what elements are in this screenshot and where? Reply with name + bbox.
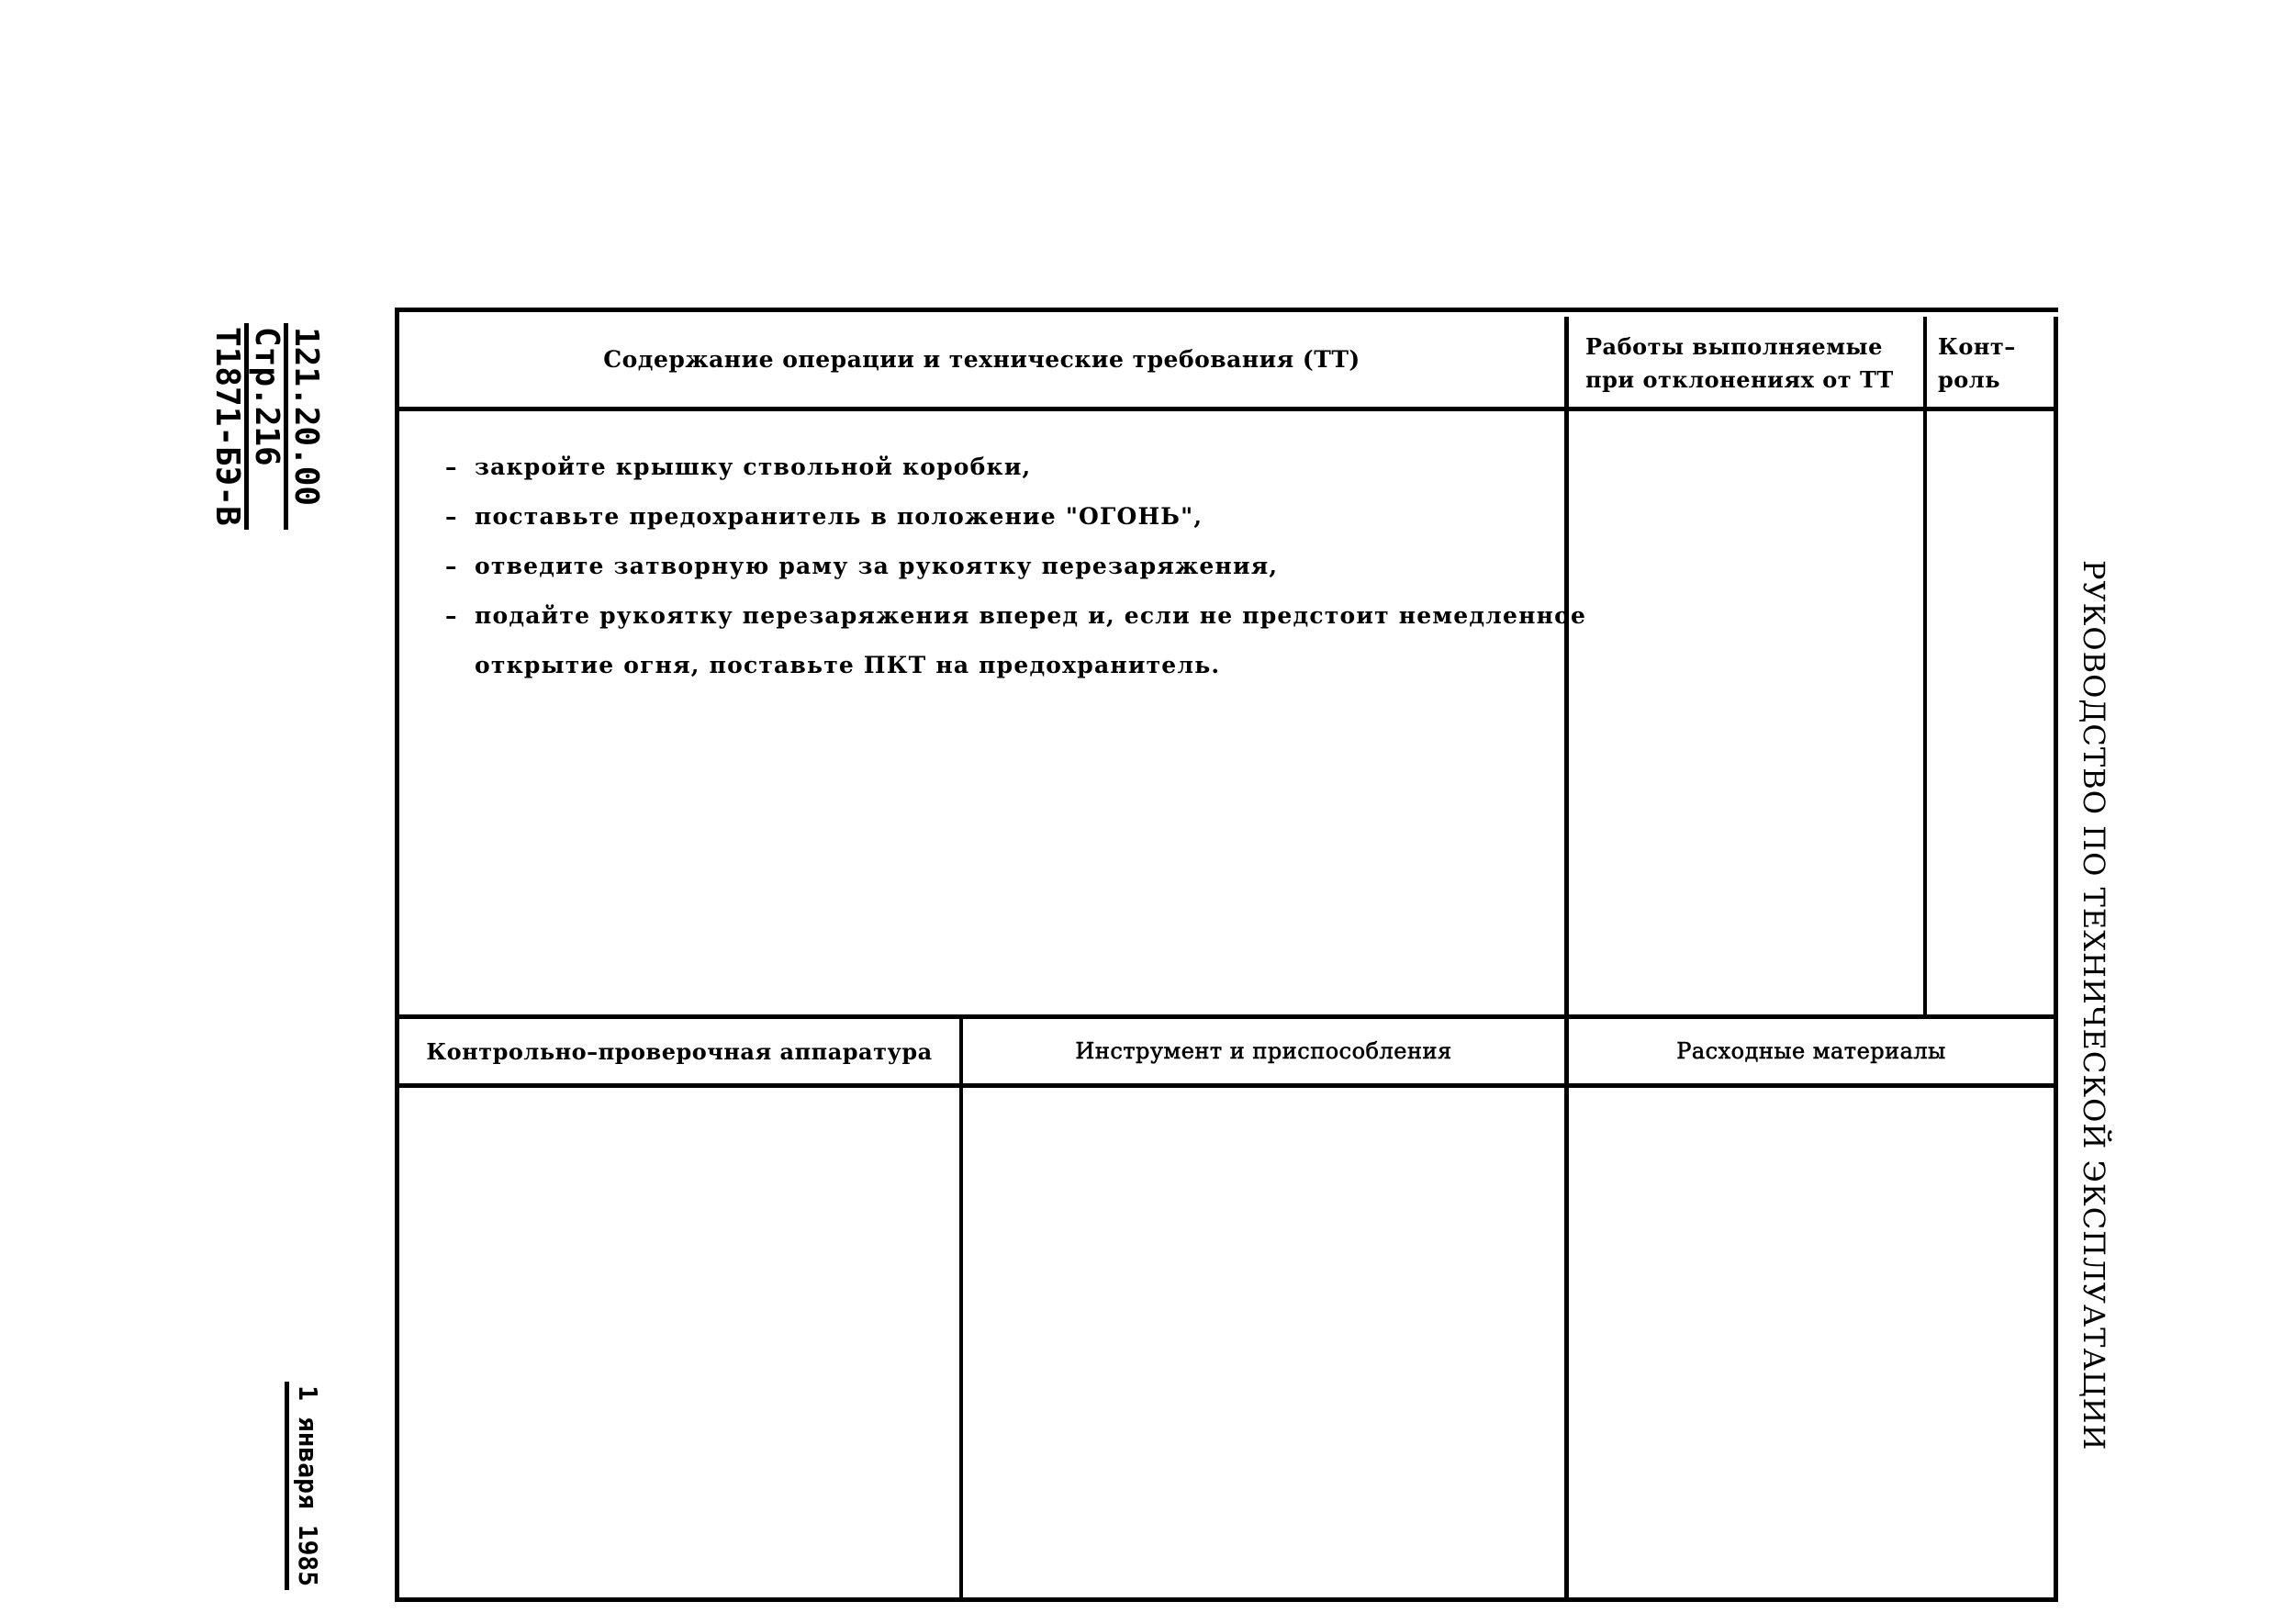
tools-cell: [963, 1088, 1564, 1597]
header-deviations: Работы выполняемые при отклонениях от ТТ: [1569, 319, 1923, 407]
step-item: –подайте рукоятку перезаряжения вперед и…: [445, 591, 1547, 641]
operation-steps: –закройте крышку ствольной коробки, –пос…: [445, 442, 1547, 690]
header-control: Конт– роль: [1927, 319, 2054, 407]
doc-number: 121.20.00: [284, 323, 323, 530]
step-text: закройте крышку ствольной коробки,: [475, 454, 1031, 480]
header-control-line2: роль: [1938, 364, 2000, 397]
bullet-dash: –: [445, 591, 475, 641]
table-right-border: [2054, 317, 2058, 1602]
step-text: подайте рукоятку перезаряжения вперед и,…: [475, 602, 1586, 629]
control-cell: [1927, 411, 2054, 1014]
bullet-dash: –: [445, 542, 475, 591]
header-content: Содержание операции и технические требов…: [399, 312, 1564, 407]
step-item: –поставьте предохранитель в положение "О…: [445, 492, 1547, 542]
header-tools: Инструмент и приспособления: [963, 1019, 1564, 1083]
header-deviations-line2: при отклонениях от ТТ: [1585, 364, 1894, 397]
step-continuation: открытие огня, поставьте ПКТ на предохра…: [445, 641, 1547, 690]
doc-code: Т1871-БЭ-В: [209, 323, 244, 530]
header-deviations-line1: Работы выполняемые: [1585, 330, 1883, 364]
equipment-cell: [399, 1088, 959, 1597]
step-text: поставьте предохранитель в положение "ОГ…: [475, 503, 1203, 530]
header-materials: Расходные материалы: [1569, 1019, 2054, 1083]
manual-title: РУКОВОДСТВО ПО ТЕХНИЧЕСКОЙ ЭКСПЛУАТАЦИИ: [2077, 560, 2111, 1450]
table-bottom-border: [395, 1597, 2058, 1602]
bullet-dash: –: [445, 492, 475, 542]
page-number: Стр.216: [244, 323, 284, 530]
header-control-line1: Конт–: [1938, 330, 2016, 364]
bullet-dash: –: [445, 442, 475, 492]
step-item: –отведите затворную раму за рукоятку пер…: [445, 542, 1547, 591]
step-text: отведите затворную раму за рукоятку пере…: [475, 553, 1278, 579]
materials-cell: [1569, 1088, 2054, 1597]
date-stamp: 1 января 1985: [285, 1382, 323, 1590]
document-stamp: 121.20.00 Стр.216 Т1871-БЭ-В: [209, 323, 323, 530]
deviations-cell: [1569, 411, 1923, 1014]
header-equipment: Контрольно–проверочная аппаратура: [399, 1019, 959, 1083]
step-item: –закройте крышку ствольной коробки,: [445, 442, 1547, 492]
